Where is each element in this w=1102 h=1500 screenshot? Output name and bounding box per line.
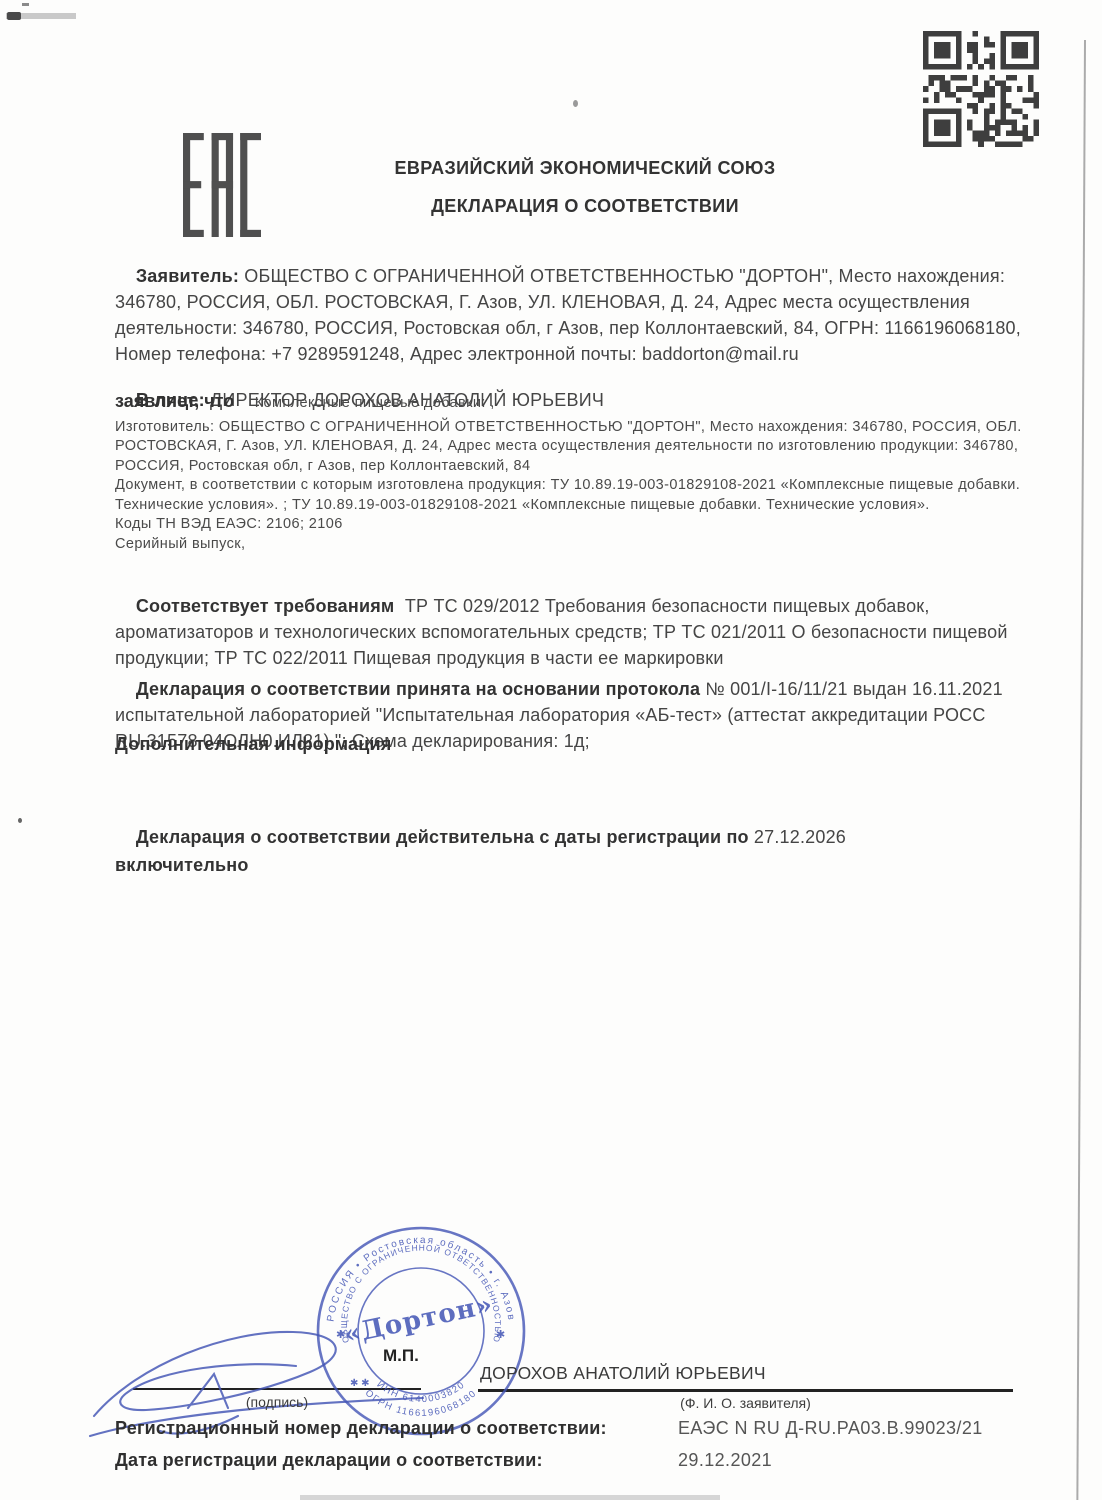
additional-info-label: Дополнительная информация bbox=[115, 731, 1040, 757]
fio-line bbox=[478, 1389, 1013, 1392]
eac-logo-icon bbox=[183, 133, 261, 237]
stamp-star-right: ✱ bbox=[496, 1329, 505, 1341]
reg-date-label: Дата регистрации декларации о соответств… bbox=[115, 1450, 543, 1471]
header-declaration-title: ДЕКЛАРАЦИЯ О СООТВЕТСТВИИ bbox=[115, 196, 1055, 217]
protocol-paragraph: Декларация о соответствии принята на осн… bbox=[115, 650, 1040, 780]
qr-code bbox=[920, 28, 1042, 150]
mp-label: М.П. bbox=[383, 1346, 419, 1366]
scan-speckle-1 bbox=[22, 3, 29, 6]
fio-name: ДОРОХОВ АНАТОЛИЙ ЮРЬЕВИЧ bbox=[480, 1363, 766, 1384]
compliance-label: Соответствует требованиям bbox=[136, 596, 395, 616]
validity-paragraph: Декларация о соответствии действительна … bbox=[115, 795, 885, 907]
declares-block: заявляет, что Комплексные пищевые добавк… bbox=[115, 391, 1045, 554]
scan-speckle-2 bbox=[573, 100, 578, 107]
signature-caption: (подпись) bbox=[133, 1394, 421, 1410]
declares-product: Комплексные пищевые добавки: , bbox=[255, 395, 495, 411]
stamp-center-text: «Дортон» bbox=[341, 1290, 496, 1351]
declares-label: заявляет, что bbox=[115, 391, 234, 411]
reg-number-label: Регистрационный номер декларации о соотв… bbox=[115, 1418, 607, 1439]
validity-suffix: включительно bbox=[115, 855, 249, 875]
tnved-codes: Коды ТН ВЭД ЕАЭС: 2106; 2106 bbox=[115, 515, 1045, 535]
validity-label: Декларация о соответствии действительна … bbox=[136, 827, 749, 847]
company-stamp: РОССИЯ • Ростовская область • г. Азов ОБ… bbox=[306, 1216, 536, 1446]
declares-intro-line: заявляет, что Комплексные пищевые добавк… bbox=[115, 391, 1045, 414]
fio-caption: (Ф. И. О. заявителя) bbox=[478, 1395, 1013, 1411]
manufacturer-text: Изготовитель: ОБЩЕСТВО С ОГРАНИЧЕННОЙ ОТ… bbox=[115, 418, 1045, 477]
serial-issue: Серийный выпуск, bbox=[115, 535, 1045, 555]
reg-number-value: ЕАЭС N RU Д-RU.РА03.В.99023/21 bbox=[678, 1418, 983, 1439]
protocol-label: Декларация о соответствии принята на осн… bbox=[136, 679, 700, 699]
scan-edge-line bbox=[1076, 40, 1086, 1500]
scan-artifact-bottom bbox=[300, 1495, 720, 1500]
applicant-text: ОБЩЕСТВО С ОГРАНИЧЕННОЙ ОТВЕТСТВЕННОСТЬЮ… bbox=[115, 266, 1026, 364]
manufacture-document-text: Документ, в соответствии с которым изгот… bbox=[115, 476, 1045, 515]
applicant-label: Заявитель: bbox=[136, 266, 239, 286]
validity-date: 27.12.2026 bbox=[749, 827, 852, 847]
header-union-title: ЕВРАЗИЙСКИЙ ЭКОНОМИЧЕСКИЙ СОЮЗ bbox=[115, 158, 1055, 179]
stamp-star-pair: ✱ ✱ bbox=[350, 1378, 370, 1389]
reg-date-value: 29.12.2021 bbox=[678, 1450, 772, 1471]
scan-speckle-3 bbox=[18, 818, 22, 823]
document-page: ЕВРАЗИЙСКИЙ ЭКОНОМИЧЕСКИЙ СОЮЗ ДЕКЛАРАЦИ… bbox=[0, 0, 1102, 1500]
scan-artifact-top-left-blob bbox=[7, 12, 21, 20]
